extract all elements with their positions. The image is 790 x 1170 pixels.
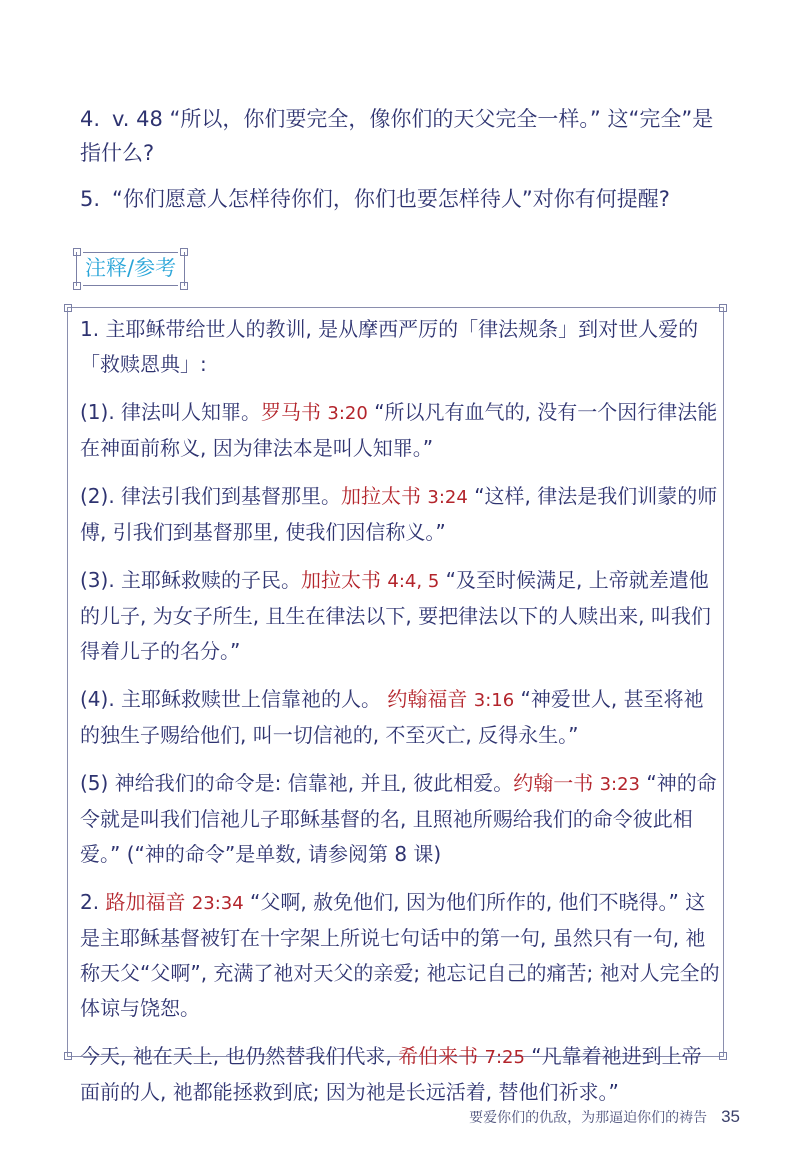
note-paragraph: (3). 主耶稣救赎的子民。加拉太书 4:4, 5 “及至时候满足, 上帝就差遣… — [80, 563, 720, 669]
frame-corner-ornament-icon — [719, 304, 727, 312]
scripture-book: 罗马书 — [261, 400, 321, 424]
scripture-book: 路加福音 — [105, 890, 185, 914]
scripture-verse: 4:4, 5 — [387, 571, 439, 592]
note-paragraph: 今天, 祂在天上, 也仍然替我们代求, 希伯来书 7:25 “凡靠着祂进到上帝面… — [80, 1039, 720, 1110]
scripture-verse: 3:23 — [600, 774, 640, 795]
notes-heading-text: 注释/参考 — [85, 256, 176, 280]
note-text: (4). 主耶稣救赎世上信靠祂的人。 — [80, 687, 387, 711]
note-text: (2). 律法引我们到基督那里。 — [80, 484, 341, 508]
note-paragraph: (5) 神给我们的命令是: 信靠祂, 并且, 彼此相爱。约翰一书 3:23 “神… — [80, 766, 720, 872]
scripture-verse: 3:16 — [474, 690, 514, 711]
frame-corner-ornament-icon — [73, 282, 81, 290]
scripture-verse: 23:34 — [192, 893, 244, 914]
question-number: 4. — [80, 102, 112, 136]
frame-corner-ornament-icon — [180, 282, 188, 290]
question-4: 4.v. 48 “所以，你们要完全，像你们的天父完全一样。” 这“完全”是指什么… — [80, 102, 720, 170]
note-paragraph: 1. 主耶稣带给世人的教训, 是从摩西严厉的「律法规条」到对世人爱的「救赎恩典」… — [80, 312, 720, 382]
scripture-book: 加拉太书 — [341, 484, 421, 508]
notes-content: 1. 主耶稣带给世人的教训, 是从摩西严厉的「律法规条」到对世人爱的「救赎恩典」… — [80, 312, 720, 1123]
scripture-verse: 7:25 — [485, 1047, 525, 1068]
frame-corner-ornament-icon — [64, 304, 72, 312]
note-text: 今天, 祂在天上, 也仍然替我们代求, — [80, 1044, 398, 1068]
question-text: “你们愿意人怎样待你们，你们也要怎样待人”对你有何提醒? — [112, 187, 670, 211]
scripture-verse: 3:20 — [327, 403, 367, 424]
running-title: 要爱你们的仇敌，为那逼迫你们的祷告 — [469, 1110, 707, 1126]
question-number: 5. — [80, 182, 112, 216]
scripture-book: 约翰福音 — [387, 687, 467, 711]
page-footer: 要爱你们的仇敌，为那逼迫你们的祷告35 — [469, 1107, 740, 1127]
note-text: 2. — [80, 890, 105, 914]
notes-box: 1. 主耶稣带给世人的教训, 是从摩西严厉的「律法规条」到对世人爱的「救赎恩典」… — [67, 307, 724, 1057]
note-paragraph: (2). 律法引我们到基督那里。加拉太书 3:24 “这样, 律法是我们训蒙的师… — [80, 479, 720, 550]
note-text: 1. 主耶稣带给世人的教训, 是从摩西严厉的「律法规条」到对世人爱的「救赎恩典」… — [80, 317, 698, 376]
note-paragraph: (1). 律法叫人知罪。罗马书 3:20 “所以凡有血气的, 没有一个因行律法能… — [80, 395, 720, 466]
scripture-book: 希伯来书 — [398, 1044, 478, 1068]
frame-corner-ornament-icon — [73, 248, 81, 256]
note-text: (1). 律法叫人知罪。 — [80, 400, 261, 424]
frame-corner-ornament-icon — [180, 248, 188, 256]
note-text: (3). 主耶稣救赎的子民。 — [80, 568, 301, 592]
page-number: 35 — [721, 1107, 740, 1126]
notes-heading: 注释/参考 — [76, 252, 185, 286]
scripture-book: 加拉太书 — [301, 568, 381, 592]
scripture-verse: 3:24 — [427, 487, 467, 508]
note-paragraph: 2. 路加福音 23:34 “父啊, 赦免他们, 因为他们所作的, 他们不晓得。… — [80, 885, 720, 1026]
frame-corner-ornament-icon — [719, 1052, 727, 1060]
scripture-book: 约翰一书 — [513, 771, 593, 795]
question-text: v. 48 “所以，你们要完全，像你们的天父完全一样。” 这“完全”是指什么? — [80, 107, 713, 165]
note-text: (5) 神给我们的命令是: 信靠祂, 并且, 彼此相爱。 — [80, 771, 513, 795]
note-paragraph: (4). 主耶稣救赎世上信靠祂的人。 约翰福音 3:16 “神爱世人, 甚至将祂… — [80, 682, 720, 753]
frame-corner-ornament-icon — [64, 1052, 72, 1060]
question-5: 5.“你们愿意人怎样待你们，你们也要怎样待人”对你有何提醒? — [80, 182, 720, 216]
